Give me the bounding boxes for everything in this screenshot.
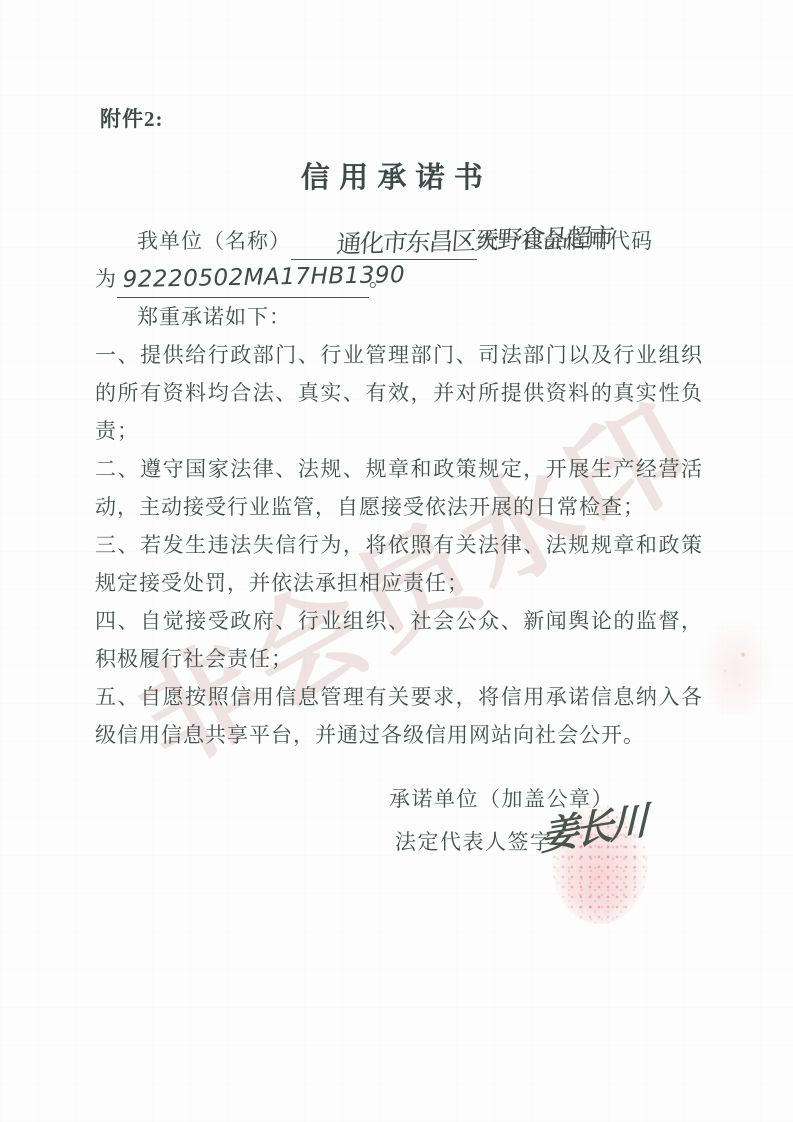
legal-representative-label: 法定代表人签字: — [395, 826, 560, 856]
intro-line-1: 我单位（名称）通化市东昌区天野食品超市统一社会信用代码 — [95, 222, 703, 260]
clause-5: 五、自愿按照信用信息管理有关要求，将信用承诺信息纳入各级信用信息共享平台，并通过… — [95, 678, 703, 754]
intro-line-2: 为92220502MA17HB1390。 — [95, 260, 703, 298]
document-title: 信用承诺书 — [0, 155, 793, 196]
clause-3: 三、若发生违法失信行为，将依照有关法律、法规规章和政策规定接受处罚，并依法承担相… — [95, 526, 703, 602]
intro-prefix-text: 我单位（名称） — [137, 229, 291, 253]
credit-code-blank-underline: 92220502MA17HB1390 — [117, 267, 369, 298]
document-body: 我单位（名称）通化市东昌区天野食品超市统一社会信用代码 为92220502MA1… — [95, 222, 703, 754]
clause-4: 四、自觉接受政府、行业组织、社会公众、新闻舆论的监督，积极履行社会责任； — [95, 602, 703, 678]
company-name-blank-underline: 通化市东昌区天野食品超市 — [291, 229, 477, 260]
scan-ink-smudge — [700, 618, 772, 714]
scanned-document-page: 非会员水印 附件2: 信用承诺书 我单位（名称）通化市东昌区天野食品超市统一社会… — [0, 0, 793, 1122]
attachment-number-label: 附件2: — [100, 103, 164, 133]
clause-2: 二、遵守国家法律、法规、规章和政策规定，开展生产经营活动，主动接受行业监管，自愿… — [95, 450, 703, 526]
handwritten-credit-code: 92220502MA17HB1390 — [122, 256, 405, 299]
pledge-intro-line: 郑重承诺如下： — [95, 298, 703, 336]
code-prefix-text: 为 — [95, 267, 117, 291]
clause-1: 一、提供给行政部门、行业管理部门、司法部门以及行业组织的所有资料均合法、真实、有… — [95, 336, 703, 450]
